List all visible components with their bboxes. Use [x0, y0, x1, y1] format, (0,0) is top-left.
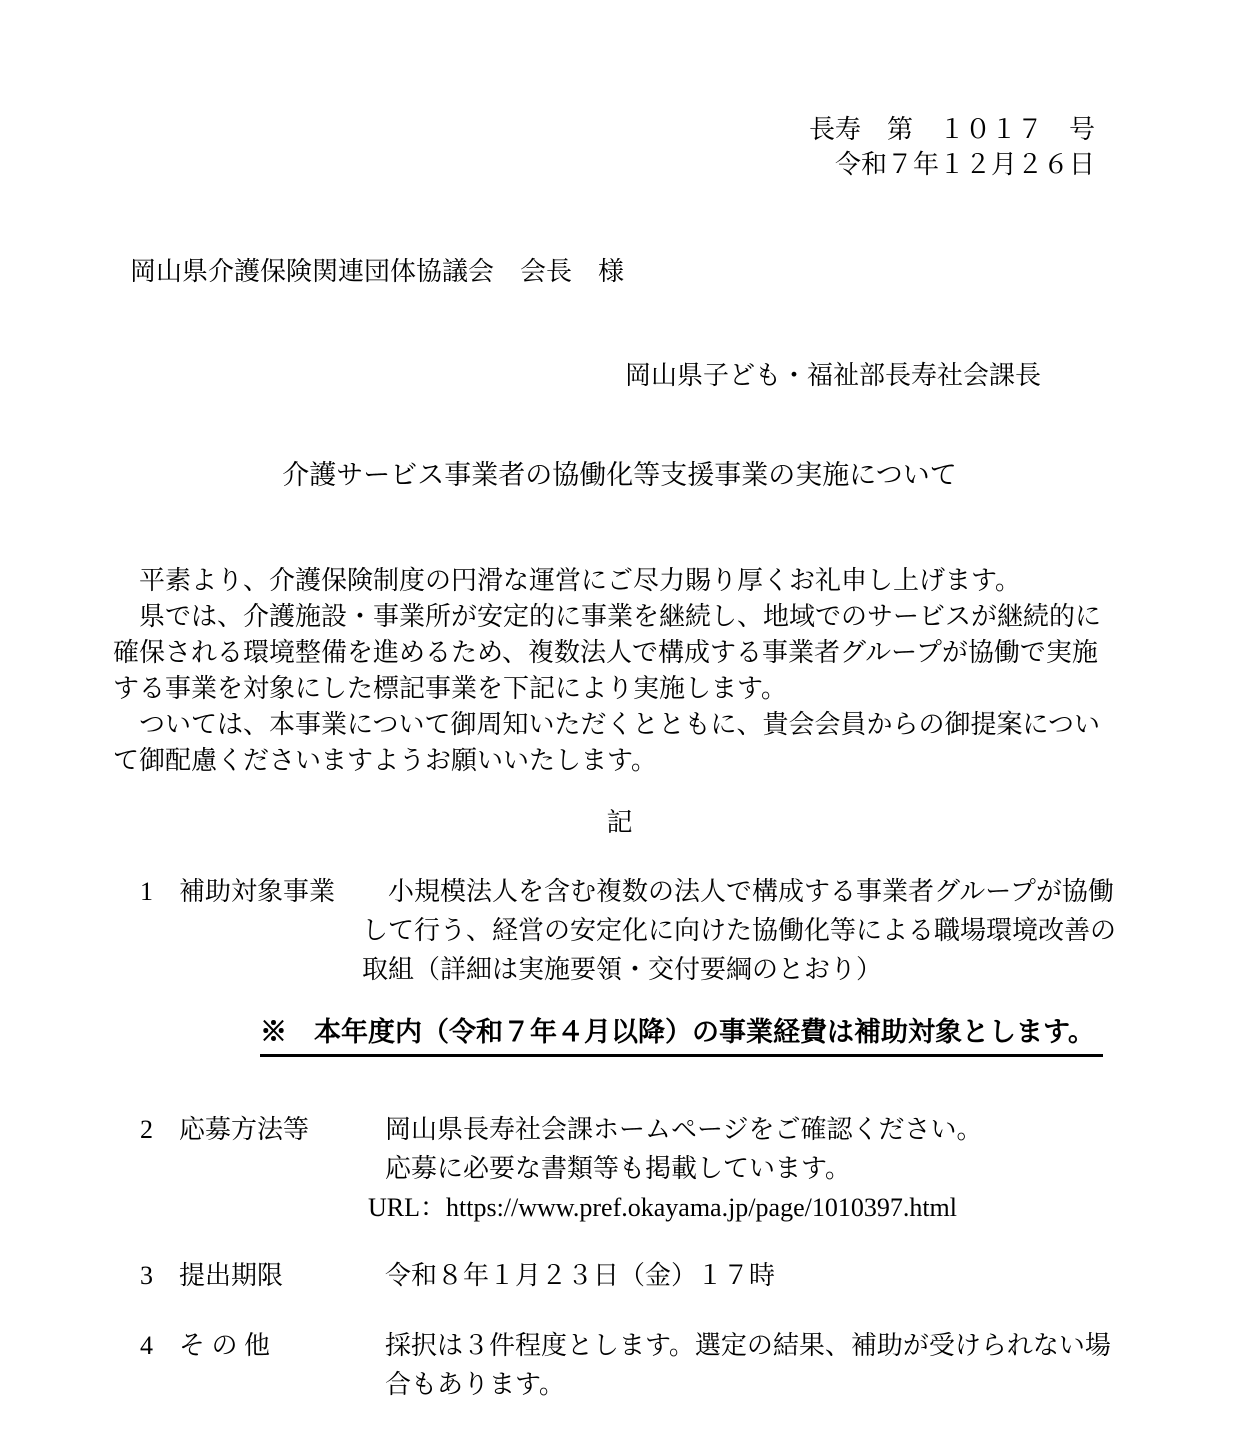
- item-3-content: 令和８年１月２３日（金）１７時: [385, 1256, 1239, 1295]
- item-1-content-line: して行う、経営の安定化に向けた協働化等による職場環境改善の: [362, 911, 1239, 950]
- item-1-content: 小規模法人を含む複数の法人で構成する事業者グループが協働 して行う、経営の安定化…: [362, 872, 1239, 989]
- item-2-application-method: 2 応募方法等 岡山県長寿社会課ホームページをご確認ください。 応募に必要な書類…: [0, 1110, 1239, 1227]
- note-text: ※ 本年度内（令和７年４月以降）の事業経費は補助対象とします。: [260, 1010, 1103, 1057]
- item-3-content-line: 令和８年１月２３日（金）１７時: [385, 1256, 1239, 1295]
- ki-separator: 記: [0, 802, 1239, 839]
- addressee: 岡山県介護保険関連団体協議会 会長 様: [130, 251, 624, 288]
- body-line: 県では、介護施設・事業所が安定的に事業を継続し、地域でのサービスが継続的に: [113, 599, 1101, 635]
- body-line: 確保される環境整備を進めるため、複数法人で構成する事業者グループが協働で実施: [113, 635, 1101, 671]
- document-number: 長寿 第 １０１７ 号: [809, 112, 1095, 147]
- item-2-url: URL：https://www.pref.okayama.jp/page/101…: [368, 1188, 1239, 1227]
- body-line: する事業を対象にした標記事業を下記により実施します。: [113, 671, 1101, 707]
- item-2-content: 岡山県長寿社会課ホームページをご確認ください。 応募に必要な書類等も掲載していま…: [385, 1110, 1239, 1227]
- note-highlight: ※ 本年度内（令和７年４月以降）の事業経費は補助対象とします。: [260, 1010, 1103, 1057]
- document-page: 長寿 第 １０１７ 号 令和７年１２月２６日 岡山県介護保険関連団体協議会 会長…: [0, 0, 1239, 1434]
- item-1-content-line: 小規模法人を含む複数の法人で構成する事業者グループが協働: [362, 872, 1239, 911]
- item-4-content-line: 合もあります。: [385, 1365, 1239, 1404]
- body-paragraphs: 平素より、介護保険制度の円滑な運営にご尽力賜り厚くお礼申し上げます。 県では、介…: [113, 563, 1101, 779]
- body-line: ついては、本事業について御周知いただくとともに、貴会会員からの御提案につい: [113, 707, 1101, 743]
- item-3-label: 3 提出期限: [140, 1256, 283, 1295]
- item-1-label: 1 補助対象事業: [140, 872, 335, 911]
- document-date: 令和７年１２月２６日: [809, 147, 1095, 182]
- item-4-content-line: 採択は３件程度とします。選定の結果、補助が受けられない場: [385, 1326, 1239, 1365]
- item-4-content: 採択は３件程度とします。選定の結果、補助が受けられない場 合もあります。: [385, 1326, 1239, 1404]
- sender: 岡山県子ども・福祉部長寿社会課長: [625, 355, 1041, 392]
- item-2-content-line: 応募に必要な書類等も掲載しています。: [385, 1149, 1239, 1188]
- document-title: 介護サービス事業者の協働化等支援事業の実施について: [0, 453, 1239, 492]
- item-3-submission-deadline: 3 提出期限 令和８年１月２３日（金）１７時: [0, 1256, 1239, 1295]
- document-header: 長寿 第 １０１７ 号 令和７年１２月２６日: [809, 112, 1095, 182]
- body-line: て御配慮くださいますようお願いいたします。: [113, 743, 1101, 779]
- item-1-content-line: 取組（詳細は実施要領・交付要綱のとおり）: [362, 950, 1239, 989]
- item-2-content-line: 岡山県長寿社会課ホームページをご確認ください。: [385, 1110, 1239, 1149]
- item-1-subsidy-target: 1 補助対象事業 小規模法人を含む複数の法人で構成する事業者グループが協働 して…: [0, 872, 1239, 989]
- body-line: 平素より、介護保険制度の円滑な運営にご尽力賜り厚くお礼申し上げます。: [113, 563, 1101, 599]
- item-4-other: 4 そ の 他 採択は３件程度とします。選定の結果、補助が受けられない場 合もあ…: [0, 1326, 1239, 1404]
- item-4-label: 4 そ の 他: [140, 1326, 270, 1365]
- item-2-label: 2 応募方法等: [140, 1110, 309, 1149]
